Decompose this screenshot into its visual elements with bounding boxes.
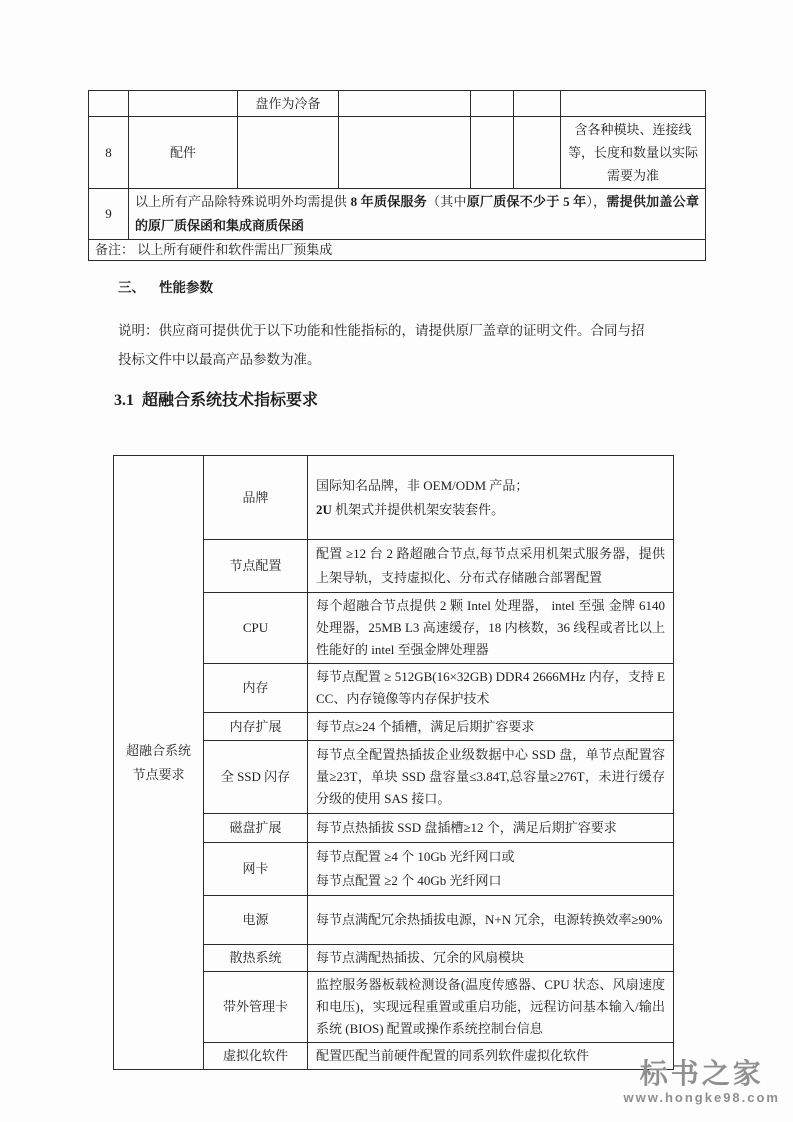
row9-run-2: 8 年质保服务 [351,194,427,209]
brand-line-2-rest: 机架式并提供机架安装套件。 [332,502,504,517]
spec-description-line-2: 投标文件中以最高产品参数为准。 [118,345,678,374]
partial-row-cell-1 [89,91,129,117]
row8-cell-6 [514,117,561,189]
spec-label: 磁盘扩展 [204,814,308,843]
subsection-heading-title: 超融合系统技术指标要求 [142,392,318,409]
section-heading-title: 性能参数 [159,280,213,295]
spec-table: 超融合系统 节点要求 品牌 国际知名品牌，非 OEM/ODM 产品； 2U 机架… [113,455,674,1070]
spec-value: 配置匹配当前硬件配置的同系列软件虚拟化软件 [308,1043,674,1070]
spec-value: 每个超融合节点提供 2 颗 Intel 处理器， intel 至强 金牌 614… [308,593,674,664]
subsection-heading-number: 3.1 [114,392,134,409]
spec-value: 国际知名品牌，非 OEM/ODM 产品； 2U 机架式并提供机架安装套件。 [308,456,674,540]
subsection-heading: 3.1超融合系统技术指标要求 [114,387,318,410]
spec-label: 全 SSD 闪存 [204,741,308,814]
brand-line-2-bold: 2U [316,502,332,517]
row9-run-3: （其中 [427,194,467,209]
spec-label: 网卡 [204,843,308,896]
row9-run-4: 原厂质保不少于 5 年 [467,194,587,209]
row9-run-1: 以上所有产品除特殊说明外均需提供 [135,194,351,209]
spec-label: 散热系统 [204,945,308,972]
spec-value: 每节点满配热插拔、冗余的风扇模块 [308,945,674,972]
row8-cell-4 [339,117,471,189]
spec-description: 说明：供应商可提供优于以下功能和性能指标的，请提供原厂盖章的证明文件。合同与招 … [118,316,678,374]
row8-number: 8 [89,117,129,189]
partial-row-cell-3: 盘作为冷备 [238,91,339,117]
items-table-row-8: 8 配件 含各种模块、连接线等，长度和数量以实际需要为准 [89,117,706,189]
row8-cell-5 [471,117,514,189]
items-table: 盘作为冷备 8 配件 含各种模块、连接线等，长度和数量以实际需要为准 9 以上所… [88,90,706,261]
watermark-url: www.hongke98.com [624,1090,781,1105]
items-table-partial-row: 盘作为冷备 [89,91,706,117]
spec-value: 每节点全配置热插拔企业级数据中心 SSD 盘，单节点配置容量≥23T，单块 SS… [308,741,674,814]
spec-description-line-1: 说明：供应商可提供优于以下功能和性能指标的，请提供原厂盖章的证明文件。合同与招 [118,316,678,345]
partial-row-cell-2 [129,91,238,117]
spec-value: 监控服务器板载检测设备(温度传感器、CPU 状态、风扇速度和电压)，实现远程重置… [308,972,674,1043]
row8-name: 配件 [129,117,238,189]
spec-label: CPU [204,593,308,664]
spec-label: 带外管理卡 [204,972,308,1043]
row8-note: 含各种模块、连接线等，长度和数量以实际需要为准 [561,117,706,189]
watermark-logo: 标书之家 [624,1058,781,1090]
spec-value: 每节点热插拔 SSD 盘插槽≥12 个，满足后期扩容要求 [308,814,674,843]
brand-line-1: 国际知名品牌，非 OEM/ODM 产品； [316,474,665,498]
remark-text: 备注： 以上所有硬件和软件需出厂预集成 [89,240,706,261]
partial-row-cell-6 [514,91,561,117]
section-heading-number: 三、 [118,280,145,295]
partial-row-cell-5 [471,91,514,117]
spec-label: 内存 [204,664,308,713]
spec-value: 配置 ≥12 台 2 路超融合节点,每节点采用机架式服务器，提供上架导轨，支持虚… [308,540,674,593]
spec-value: 每节点配置 ≥ 512GB(16×32GB) DDR4 2666MHz 内存，支… [308,664,674,713]
watermark: 标书之家 www.hongke98.com [624,1058,781,1105]
spec-value: 每节点满配冗余热插拔电源，N+N 冗余，电源转换效率≥90% [308,896,674,945]
section-heading: 三、性能参数 [118,276,213,296]
brand-line-2: 2U 机架式并提供机架安装套件。 [316,498,665,522]
row9-text: 以上所有产品除特殊说明外均需提供 8 年质保服务（其中原厂质保不少于 5 年），… [129,189,706,240]
items-table-remark-row: 备注： 以上所有硬件和软件需出厂预集成 [89,240,706,261]
spec-label: 内存扩展 [204,713,308,741]
partial-row-cell-4 [339,91,471,117]
row9-run-5: ）， [586,194,606,209]
row9-number: 9 [89,189,129,240]
spec-label: 电源 [204,896,308,945]
partial-row-cell-7 [561,91,706,117]
document-page: { "colors": { "page_background": "#fdfdf… [0,0,793,1122]
spec-value: 每节点配置 ≥4 个 10Gb 光纤网口或 每节点配置 ≥2 个 40Gb 光纤… [308,843,674,896]
spec-value: 每节点≥24 个插槽，满足后期扩容要求 [308,713,674,741]
spec-row-brand: 超融合系统 节点要求 品牌 国际知名品牌，非 OEM/ODM 产品； 2U 机架… [114,456,674,540]
spec-group-label: 超融合系统 节点要求 [114,456,204,1070]
spec-label: 虚拟化软件 [204,1043,308,1070]
items-table-row-9: 9 以上所有产品除特殊说明外均需提供 8 年质保服务（其中原厂质保不少于 5 年… [89,189,706,240]
row8-cell-3 [238,117,339,189]
spec-label: 节点配置 [204,540,308,593]
spec-label: 品牌 [204,456,308,540]
